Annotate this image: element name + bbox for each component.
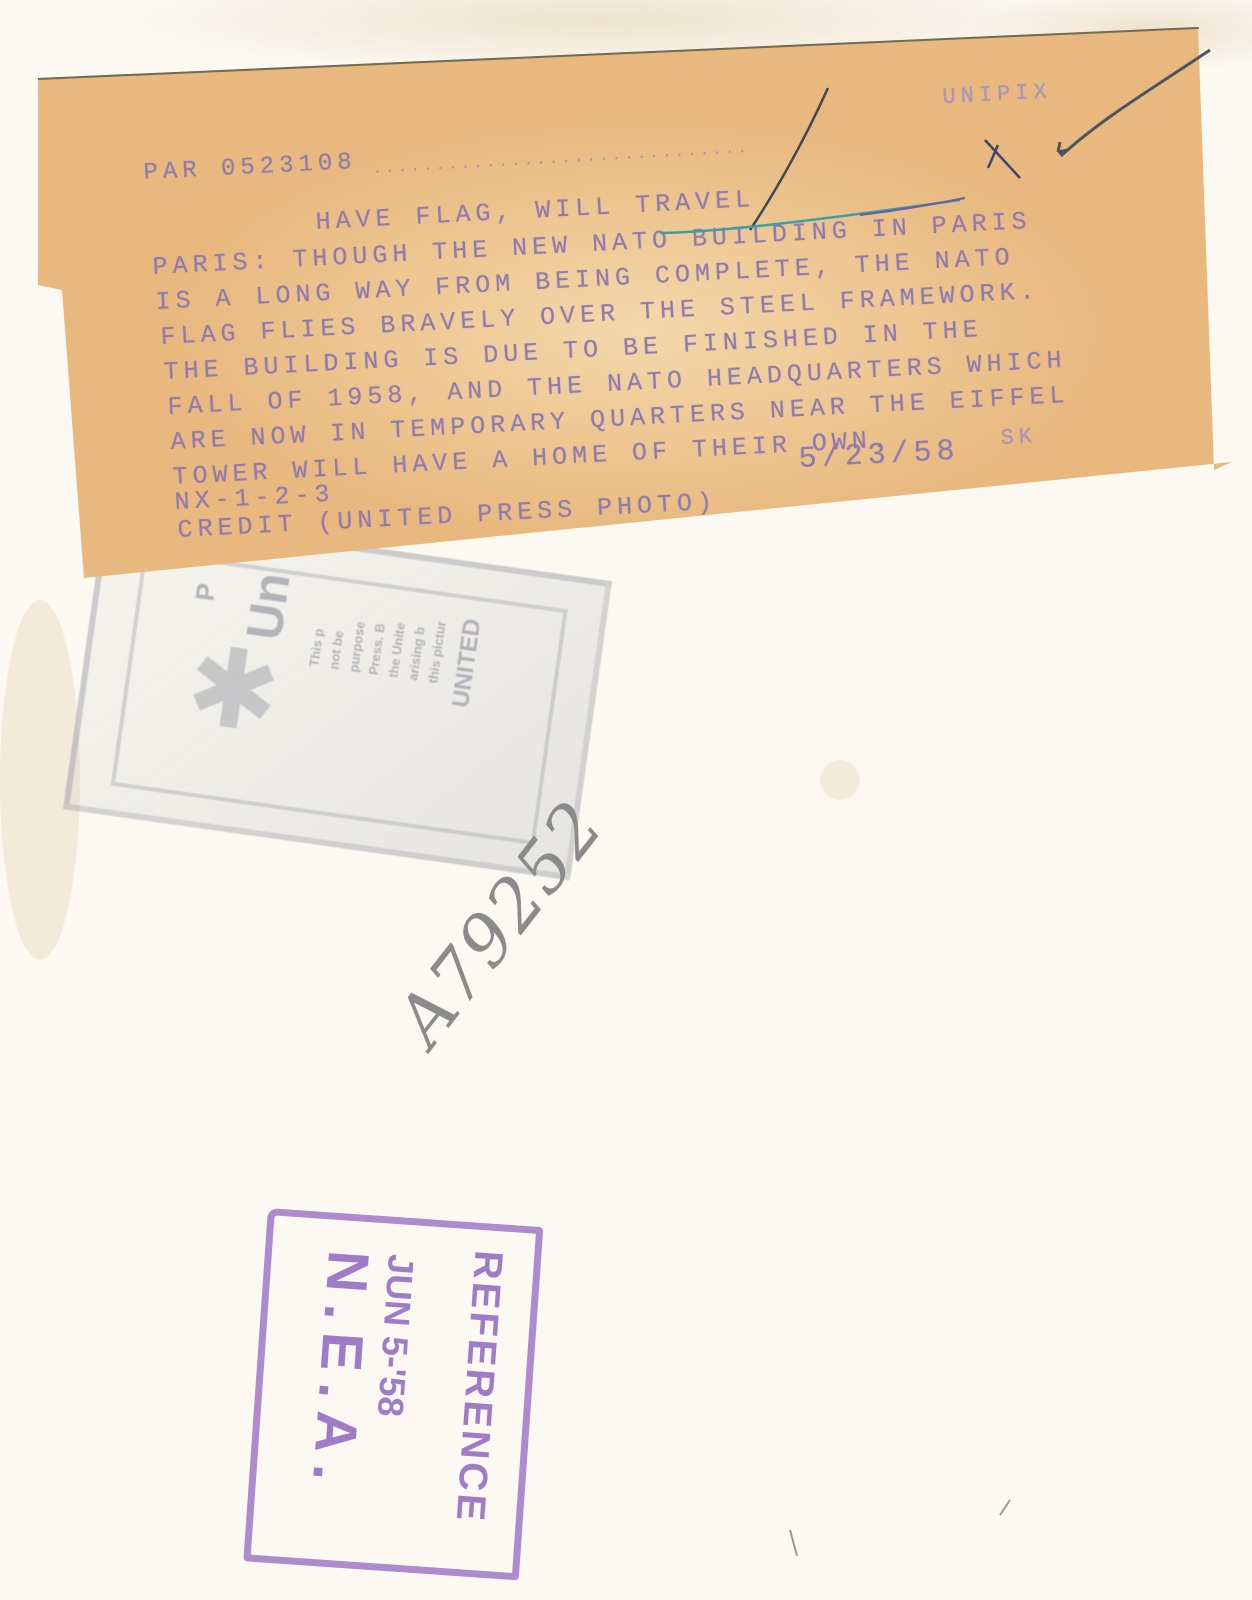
reference-stamp: REFERENCE JUN 5-'58 N.E.A. <box>243 1208 543 1580</box>
ghost-fragment: Un <box>235 569 302 643</box>
ghost-stamp-border <box>111 550 568 845</box>
agency-mark: UNIPIX <box>942 81 1052 109</box>
stamp-title: REFERENCE <box>447 1249 511 1525</box>
stamp-org: N.E.A. <box>298 1248 382 1495</box>
asterisk-icon: ✱ <box>179 620 288 760</box>
paper-stain <box>820 760 860 800</box>
caption-date: 5/23/58 <box>798 437 960 475</box>
operator-initials: SK <box>1000 426 1038 450</box>
